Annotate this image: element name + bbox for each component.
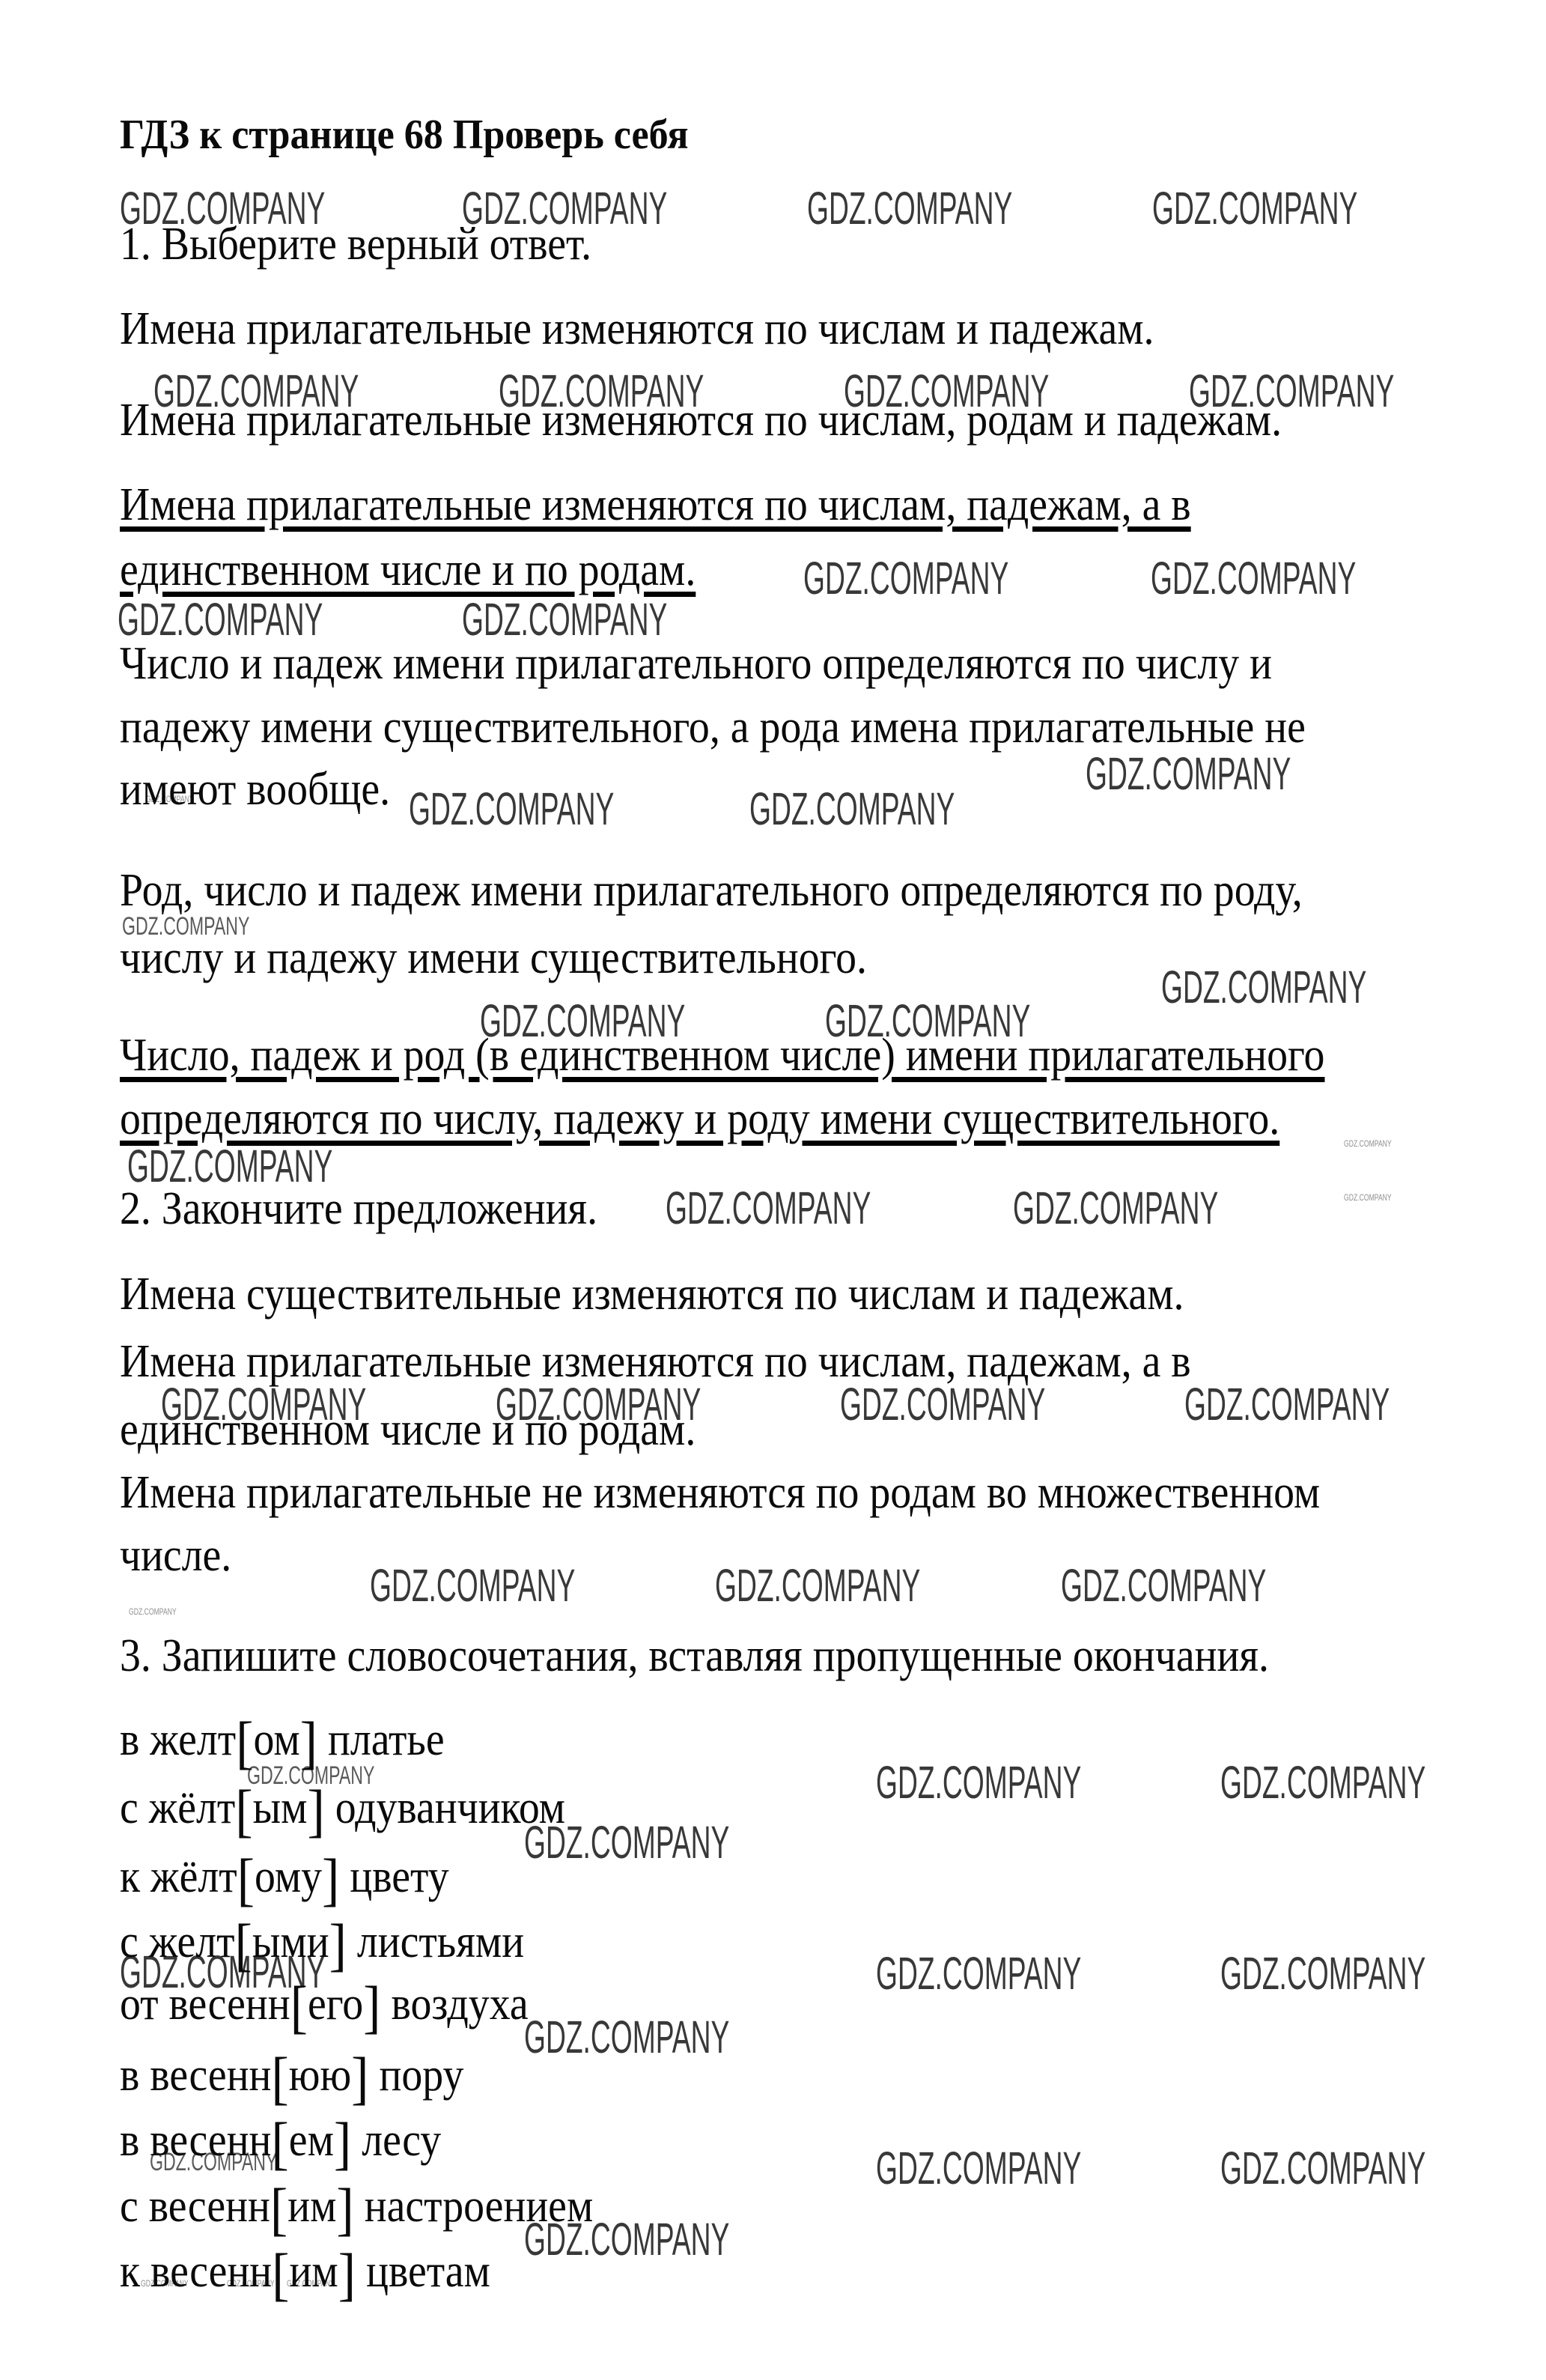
watermark: GDZ.COMPANY: [1161, 961, 1366, 1013]
bracket-open: [: [271, 2110, 288, 2176]
task3-phrase-9: к весенн[им] цветам: [120, 2248, 490, 2295]
task3-phrase-3: к жёлт[ому] цвету: [120, 1854, 449, 1900]
watermark: GDZ.COMPANY: [876, 2142, 1081, 2194]
bracket-open: [: [271, 2045, 288, 2110]
watermark: GDZ.COMPANY: [666, 1182, 871, 1234]
watermark: GDZ.COMPANY: [803, 552, 1008, 604]
task1-option-4-line2: числу и падежу имени существительного.: [120, 935, 867, 981]
bracket-open: [: [290, 1974, 308, 2039]
task1-answer1-line2: единственном числе и по родам.: [120, 547, 696, 593]
bracket-close: ]: [338, 2241, 356, 2307]
task3-phrase-4: с желт[ыми] листьями: [120, 1919, 524, 1965]
watermark: GDZ.COMPANY: [715, 1559, 920, 1612]
task3-phrase-5: от весенн[его] воздуха: [120, 1981, 529, 2027]
bracket-open: [: [272, 2241, 289, 2307]
task3-phrase-6: в весенн[юю] пору: [120, 2052, 463, 2098]
task2-sentence-3-line2: числе.: [120, 1532, 231, 1579]
task2-sentence-3-line1: Имена прилагательные не изменяются по ро…: [120, 1469, 1320, 1516]
bracket-open: [: [235, 1778, 252, 1843]
task1-option-3-line1: Число и падеж имени прилагательного опре…: [120, 640, 1272, 687]
watermark: GDZ.COMPANY: [1013, 1182, 1218, 1234]
task2-sentence-2-line2: единственном числе и по родам.: [120, 1406, 696, 1453]
ending: ыми: [252, 1916, 329, 1967]
task3-heading: 3. Запишите словосочетания, вставляя про…: [120, 1633, 1269, 1679]
bracket-close: ]: [329, 1912, 347, 1977]
task1-option-3-line3: имеют вообще.: [120, 766, 390, 813]
bracket-close: ]: [363, 1974, 380, 2039]
task3-phrase-1: в желт[ом] платье: [120, 1716, 445, 1763]
watermark: GDZ.COMPANY: [807, 182, 1012, 234]
watermark: GDZ.COMPANY: [1061, 1559, 1266, 1612]
watermark: GDZ.COMPANY: [876, 1756, 1081, 1809]
task3-phrase-7: в весенн[ем] лесу: [120, 2117, 441, 2164]
task2-sentence-2-line1: Имена прилагательные изменяются по числа…: [120, 1338, 1191, 1385]
task1-answer2-line1: Число, падеж и род (в единственном числе…: [120, 1032, 1324, 1078]
ending: его: [308, 1979, 363, 2030]
bracket-open: [: [236, 1710, 253, 1775]
task1-answer1-line1: Имена прилагательные изменяются по числа…: [120, 482, 1191, 528]
bracket-close: ]: [322, 1847, 339, 1912]
watermark: GDZ.COMPANY: [749, 783, 955, 835]
task1-option-3-line2: падежу имени существительного, а рода им…: [120, 704, 1306, 750]
watermark: GDZ.COMPANY: [1184, 1378, 1390, 1430]
watermark: GDZ.COMPANY: [1086, 747, 1291, 800]
bracket-open: [: [235, 1912, 252, 1977]
watermark: GDZ.COMPANY: [1220, 1756, 1425, 1809]
ending: ым: [253, 1782, 308, 1833]
task1-heading: 1. Выберите верный ответ.: [120, 221, 591, 267]
task1-answer2-line2: определяются по числу, падежу и роду име…: [120, 1096, 1279, 1142]
watermark: GDZ.COMPANY: [370, 1559, 575, 1612]
ending: ом: [254, 1714, 300, 1765]
document-page: ГДЗ к странице 68 Проверь себя 1. Выбери…: [0, 0, 1546, 2380]
watermark: GDZ.COMPANY: [129, 1606, 177, 1617]
watermark: GDZ.COMPANY: [1220, 2142, 1425, 2194]
watermark: GDZ.COMPANY: [409, 783, 614, 835]
page-title: ГДЗ к странице 68 Проверь себя: [120, 114, 689, 156]
task3-phrase-8: с весенн[им] настроением: [120, 2183, 593, 2229]
ending: юю: [289, 2050, 351, 2101]
bracket-close: ]: [336, 2176, 353, 2241]
ending: им: [290, 2246, 338, 2297]
watermark: GDZ.COMPANY: [876, 1947, 1081, 2000]
watermark: GDZ.COMPANY: [524, 2011, 729, 2063]
task1-option-2: Имена прилагательные изменяются по числа…: [120, 397, 1282, 443]
bracket-open: [: [270, 2176, 287, 2241]
bracket-close: ]: [334, 2110, 351, 2176]
watermark: GDZ.COMPANY: [1344, 1192, 1392, 1203]
task2-heading: 2. Закончите предложения.: [120, 1186, 597, 1232]
task3-phrase-2: с жёлт[ым] одуванчиком: [120, 1785, 565, 1831]
watermark: GDZ.COMPANY: [1220, 1947, 1425, 2000]
watermark: GDZ.COMPANY: [1344, 1138, 1392, 1149]
ending: ем: [289, 2115, 334, 2166]
watermark: GDZ.COMPANY: [1152, 182, 1357, 234]
ending: ому: [255, 1851, 322, 1902]
task2-sentence-1: Имена существительные изменяются по числ…: [120, 1271, 1184, 1317]
bracket-close: ]: [300, 1710, 317, 1775]
bracket-open: [: [237, 1847, 255, 1912]
watermark: GDZ.COMPANY: [1151, 552, 1356, 604]
task1-option-4-line1: Род, число и падеж имени прилагательного…: [120, 867, 1303, 914]
bracket-close: ]: [307, 1778, 324, 1843]
ending: им: [287, 2181, 336, 2232]
task1-option-1: Имена прилагательные изменяются по числа…: [120, 306, 1154, 352]
bracket-close: ]: [351, 2045, 368, 2110]
